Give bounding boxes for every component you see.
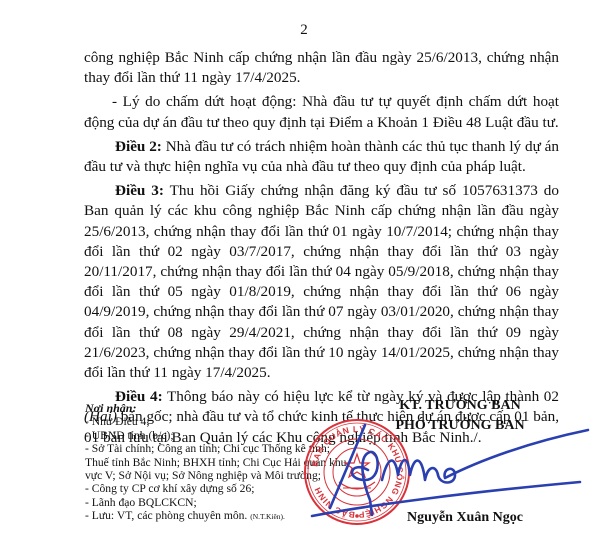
article-3-label: Điều 3: bbox=[115, 182, 164, 199]
article-2-label: Điều 2: bbox=[115, 138, 162, 155]
drafter-note: (N.T.Kiên). bbox=[250, 512, 285, 521]
article-3-text: Thu hồi Giấy chứng nhận đăng ký đầu tư s… bbox=[84, 182, 559, 381]
article-2: Điều 2: Nhà đầu tư có trách nhiệm hoàn t… bbox=[84, 137, 559, 177]
signature-line-1: KT. TRƯỞNG BAN bbox=[370, 396, 550, 416]
paragraph-continuation: công nghiệp Bắc Ninh cấp chứng nhận lần … bbox=[84, 48, 559, 88]
recipients-heading: Nơi nhận: bbox=[85, 402, 355, 415]
page-number: 2 bbox=[0, 22, 608, 39]
signer-name: Nguyễn Xuân Ngọc bbox=[380, 510, 550, 526]
article-3: Điều 3: Thu hồi Giấy chứng nhận đăng ký … bbox=[84, 181, 559, 383]
document-body: công nghiệp Bắc Ninh cấp chứng nhận lần … bbox=[84, 48, 559, 452]
paragraph-termination-reason: - Lý do chấm dứt hoạt động: Nhà đầu tư t… bbox=[84, 92, 559, 132]
